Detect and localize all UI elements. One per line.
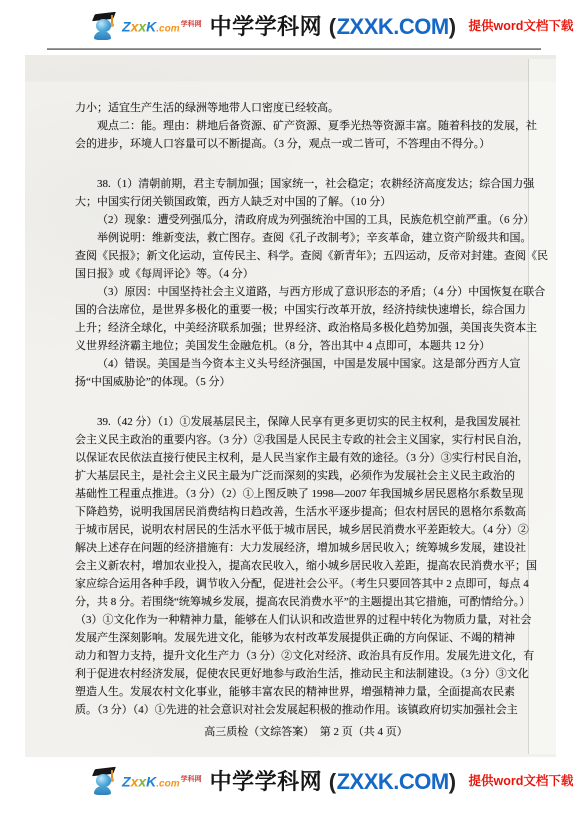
text-line: 会的进步，环境人口容量可以不断提高。（3 分，观点一或二皆可，不答理由不得分。） [75,135,537,153]
text-line: （3）原因：中国坚持社会主义道路，与西方形成了意识形态的矛盾；（4 分）中国恢复… [75,283,537,301]
scanned-document-page: 力小；适宜生产生活的绿洲等地带人口密度已经较高。 观点二：能。理由：耕地后备资源… [25,55,556,757]
logo-wordmark: ZxxK.com学科网 [122,773,202,792]
text-line: 发展产生深刻影响。发展先进文化，能够为农村改革发展提供正确的方向保证、不竭的精神 [75,629,537,647]
site-footer: ZxxK.com学科网 中学学科网 (ZXXK.COM) 提供word文档下载 [93,760,573,800]
text-line: 查阅《民报》；新文化运动，宣传民主、科学。查阅《新青年》；五四运动，反帝对封建。… [75,247,537,265]
text-line: 举例说明：维新变法，救亡图存。查阅《孔子改制考》；辛亥革命，建立资产阶级共和国。 [75,229,537,247]
text-line: 以保证农民依法直接行使民主权利，是人民当家作主最有效的途径。（3 分）③实行村民… [75,449,537,467]
text-line: 会主义民主政治的重要内容。（3 分）②我国是人民民主专政的社会主义国家，实行村民… [75,431,537,449]
text-line: 大；中国实行闭关锁国政策，西方人缺乏对中国的了解。（10 分） [75,193,537,211]
graduation-cap-mascot-icon [93,10,120,41]
text-line: 家应综合运用各种手段，调节收入分配，促进社会公平。（考生只要回答其中 2 点即可… [75,575,537,593]
site-title-footer: 中学学科网 (ZXXK.COM) [210,765,457,796]
header-divider [47,48,541,50]
text-line: 义世界经济霸主地位；美国发生金融危机。（8 分，答出其中 4 点即可，本题共 1… [75,337,537,355]
text-line: （2）现象：遭受列强瓜分，清政府成为列强统治中国的工具，民族危机空前严重。（6 … [75,211,537,229]
text-line: （3）①文化作为一种精神力量，能够在人们认识和改造世界的过程中转化为物质力量，对… [75,611,537,629]
graduation-cap-mascot-icon [93,765,120,796]
mascot-head [96,774,111,787]
text-line: 质。（3 分）（4）①先进的社会意识对社会发展起积极的推动作用。该镇政府切实加强… [75,701,537,719]
zxxk-logo-footer[interactable]: ZxxK.com学科网 [93,765,202,796]
zxxk-logo[interactable]: ZxxK.com学科网 [93,10,202,41]
text-line: 国的合法席位，是世界多极化的重要一极；中国实行改革开放，经济持续快速增长，综合国… [75,301,537,319]
logo-superscript: 学科网 [181,776,202,783]
mascot-body [94,31,111,40]
text-line: 基础性工程重点推进。（3 分）（2）①上图反映了 1998—2007 年我国城乡… [75,485,537,503]
site-header: ZxxK.com学科网 中学学科网 (ZXXK.COM) 提供word文档下载 [93,5,573,45]
text-line: 利于促进农村经济发展，促使农民更好地参与政治生活，推动民主和法制建设。（3 分）… [75,665,537,683]
text-line: 扩大基层民主，是社会主义民主最为广泛而深刻的实践，必须作为发展社会主义民主政治的 [75,467,537,485]
word-download-link-footer[interactable]: 提供word文档下载 [469,771,574,789]
text-line: 上升；经济全球化，中美经济联系加强；世界经济、政治格局多极化趋势加强，美国丧失资… [75,319,537,337]
text-line: 解决上述存在问题的经济措施有：大力发展经济，增加城乡居民收入；统筹城乡发展，建设… [75,539,537,557]
site-domain: ZXXK.COM [337,14,449,39]
text-line: 力小；适宜生产生活的绿洲等地带人口密度已经较高。 [75,99,537,117]
text-line: 39.（42 分）（1）①发展基层民主，保障人民享有更多更切实的民主权利，是我国… [75,413,537,431]
text-line: （4）错误。美国是当今资本主义头号经济强国，中国是发展中国家。这是部分西方人宣 [75,355,537,373]
logo-wordmark: ZxxK.com学科网 [122,18,202,37]
logo-superscript: 学科网 [181,21,202,28]
document-text: 力小；适宜生产生活的绿洲等地带人口密度已经较高。 观点二：能。理由：耕地后备资源… [75,99,537,719]
text-line: 扬“中国威胁论”的体现。（5 分） [75,373,537,391]
site-domain: ZXXK.COM [337,769,449,794]
text-line: 国日报》或《每周评论》等。（4 分） [75,265,537,283]
text-line: 会主义新农村，增加农业投入，提高农民收入，缩小城乡居民收入差距，提高农民消费水平… [75,557,537,575]
text-line: 38.（1）清朝前期，君主专制加强；国家统一，社会稳定；农耕经济高度发达；综合国… [75,175,537,193]
cap-tassel [111,15,113,24]
site-name: 中学学科网 [210,769,323,794]
site-title: 中学学科网 (ZXXK.COM) [210,10,457,41]
text-line: 分，共 8 分。若围绕“统筹城乡发展，提高农民消费水平”的主题提出其它措施，可酌… [75,593,537,611]
word-download-link[interactable]: 提供word文档下载 [469,16,574,34]
page-number-footer: 高三质检（文综答案） 第 2 页（共 4 页） [75,723,537,739]
mascot-head [96,19,111,32]
text-line: 于城市居民，说明农村居民的生活水平低于城市居民，城乡居民消费水平差距较大。（4 … [75,521,537,539]
cap-tassel [111,770,113,779]
mascot-body [94,786,111,795]
site-name: 中学学科网 [210,14,323,39]
text-line: 动力和智力支持，提升文化生产力（3 分）②文化对经济、政治具有反作用。发展先进文… [75,647,537,665]
text-line: 下降趋势，说明我国居民消费结构日趋改善，生活水平逐步提高；但农村居民的恩格尔系数… [75,503,537,521]
text-line: 观点二：能。理由：耕地后备资源、矿产资源、夏季光热等资源丰富。随着科技的发展，社 [75,117,537,135]
text-line: 塑造人生。发展农村文化事业，能够丰富农民的精神世界，增强精神力量，全面提高农民素 [75,683,537,701]
